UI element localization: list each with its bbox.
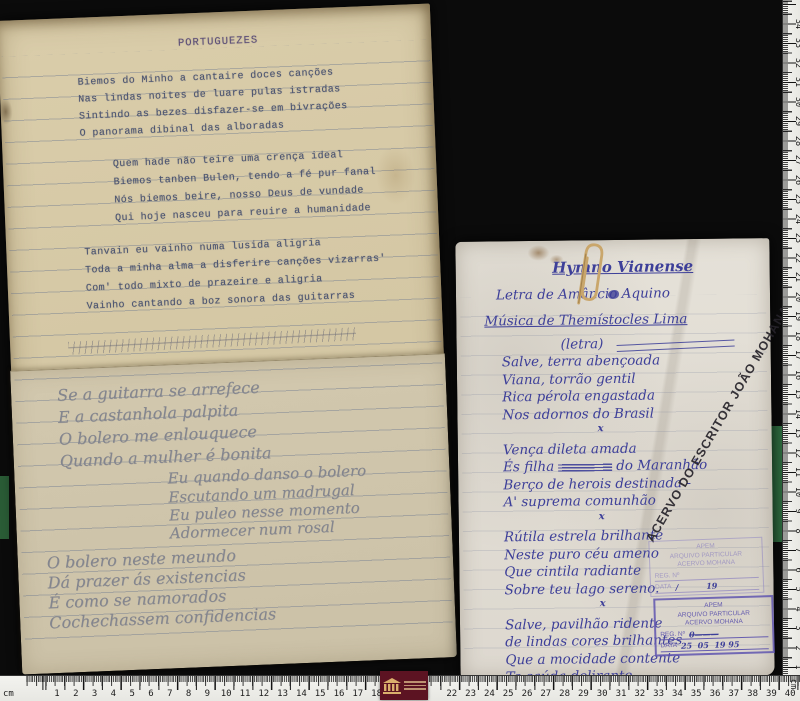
hymn-line: Nos adornos do Brasil bbox=[502, 405, 654, 423]
ruler-number: 8 bbox=[789, 524, 800, 538]
stamp-field: Data/ 19 bbox=[655, 580, 759, 593]
ruler-number: 27 bbox=[536, 689, 556, 699]
ruler-number: 13 bbox=[273, 689, 293, 699]
stamp-field-value: 0——— bbox=[685, 628, 768, 639]
ruler-number: 3 bbox=[85, 689, 105, 699]
hymn-line: És filhado Maranhão bbox=[503, 457, 707, 475]
ruler-number: 4 bbox=[789, 602, 800, 616]
stain bbox=[527, 245, 549, 261]
right-manuscript-page: Hymno Vianense Letra de Amâncio Aquino M… bbox=[455, 238, 774, 679]
building-icon bbox=[382, 677, 402, 695]
apem-stamp-dark: APEMARQUIVO PARTICULARACERVO MOHANAREG. … bbox=[653, 595, 775, 656]
ruler-number: 25 bbox=[789, 192, 800, 206]
ruler-number: 33 bbox=[789, 36, 800, 50]
apem-logo-badge bbox=[380, 671, 428, 700]
ruler-number: 13 bbox=[789, 426, 800, 440]
hymn-line: Viana, torrão gentil bbox=[502, 370, 636, 388]
hymn-line: Neste puro céu ameno bbox=[504, 545, 659, 563]
ruler-number: 2 bbox=[66, 689, 86, 699]
ruler-right: 1234567891011121314151617181920212223242… bbox=[782, 0, 800, 676]
ruler-number: 33 bbox=[649, 689, 669, 699]
ruler-number: 24 bbox=[789, 212, 800, 226]
ruler-number: 32 bbox=[630, 689, 650, 699]
ruler-unit-label: cm bbox=[788, 679, 798, 689]
ruler-number: 31 bbox=[611, 689, 631, 699]
ruler-number: 17 bbox=[348, 689, 368, 699]
ruler-number: 16 bbox=[329, 689, 349, 699]
ruler-number: 34 bbox=[667, 689, 687, 699]
ruler-number: 28 bbox=[789, 134, 800, 148]
stamp-field: DATA25 05 19 95 bbox=[661, 639, 769, 652]
stamp-title-line: ACERVO MOHANA bbox=[660, 617, 768, 629]
ruler-number: 10 bbox=[216, 689, 236, 699]
stamp-field: REG. Nº0——— bbox=[660, 628, 768, 641]
ruler-number: 39 bbox=[761, 689, 781, 699]
hymn-line: Vença dileta amada bbox=[503, 440, 637, 458]
stamp-field-label: REG. Nº bbox=[660, 630, 685, 639]
stamp-field-label: DATA bbox=[661, 642, 678, 651]
ruler-number: 19 bbox=[789, 309, 800, 323]
ruler-unit-label: cm bbox=[3, 689, 14, 699]
ruler-number: 6 bbox=[789, 563, 800, 577]
ruler-number: 4 bbox=[103, 689, 123, 699]
ruler-number: 9 bbox=[789, 504, 800, 518]
ruler-number: 2 bbox=[789, 641, 800, 655]
ruler-number: 26 bbox=[789, 173, 800, 187]
ruler-number: 38 bbox=[743, 689, 763, 699]
ruler-number: 16 bbox=[789, 368, 800, 382]
hymn-line: Salve, pavilhão ridente bbox=[505, 615, 663, 633]
ruler-number: 14 bbox=[291, 689, 311, 699]
ruler-number: 22 bbox=[789, 251, 800, 265]
ruler-number: 11 bbox=[235, 689, 255, 699]
ruler-number: 40 bbox=[780, 689, 800, 699]
hymn-line: Que cintila radiante bbox=[504, 563, 641, 581]
ruler-number: 32 bbox=[789, 56, 800, 70]
ruler-number: 6 bbox=[141, 689, 161, 699]
ruler-number: 12 bbox=[254, 689, 274, 699]
ruler-number: 18 bbox=[789, 329, 800, 343]
ruler-number: 23 bbox=[461, 689, 481, 699]
badge-text-lines bbox=[404, 681, 426, 690]
ruler-number: 20 bbox=[789, 290, 800, 304]
ruler-number: 3 bbox=[789, 621, 800, 635]
ruler-number: 11 bbox=[789, 465, 800, 479]
hymn-composer: Música de Themístocles Lima bbox=[484, 311, 687, 329]
green-mat-left bbox=[0, 476, 9, 539]
stanza-separator: x bbox=[600, 598, 606, 609]
ruler-number: 24 bbox=[479, 689, 499, 699]
hymn-letra-note: (letra) bbox=[561, 336, 604, 353]
typed-stanzas: Biemos do Minho a cantaire doces canções… bbox=[0, 4, 430, 21]
ruler-number: 25 bbox=[498, 689, 518, 699]
ruler-number: 1 bbox=[789, 660, 800, 674]
ruler-number: 36 bbox=[705, 689, 725, 699]
ruler-number: 1 bbox=[47, 689, 67, 699]
ruler-number: 8 bbox=[179, 689, 199, 699]
hymn-line: A' suprema comunhão bbox=[503, 493, 656, 511]
ruler-number: 15 bbox=[310, 689, 330, 699]
left-manuscript-page: PORTUGUEZES Biemos do Minho a cantaire d… bbox=[0, 4, 456, 673]
stamp-field-label: REG. Nº bbox=[655, 571, 680, 580]
stanza-separator: x bbox=[599, 511, 605, 522]
apem-stamp-faint: APEMARQUIVO PARTICULARACERVO MOHANAREG. … bbox=[648, 537, 764, 597]
ruler-number: 9 bbox=[197, 689, 217, 699]
ruler-number: 37 bbox=[724, 689, 744, 699]
archival-scan: PORTUGUEZES Biemos do Minho a cantaire d… bbox=[0, 0, 800, 701]
scribbled-out-word bbox=[558, 463, 612, 472]
ruler-number: 10 bbox=[789, 485, 800, 499]
hymn-line: Rútila estrela brilhante bbox=[504, 527, 663, 545]
ruler-number: 31 bbox=[789, 75, 800, 89]
ruler-number: 29 bbox=[573, 689, 593, 699]
ruler-number: 21 bbox=[789, 270, 800, 284]
ruler-number: 15 bbox=[789, 387, 800, 401]
ruler-number: 30 bbox=[789, 95, 800, 109]
ruler-number: 29 bbox=[789, 114, 800, 128]
ruler-number: 7 bbox=[160, 689, 180, 699]
hymn-title: Hymno Vianense bbox=[548, 257, 698, 277]
ruler-number: 35 bbox=[686, 689, 706, 699]
hymn-line: Rica pérola engastada bbox=[502, 388, 655, 406]
ruler-number: 30 bbox=[592, 689, 612, 699]
hymn-body: Salve, terra abençoadaViana, torrão gent… bbox=[455, 238, 769, 242]
hymn-line: Sobre teu lago sereno. bbox=[504, 580, 659, 598]
stanza-separator: x bbox=[598, 423, 604, 434]
hymn-line: Salve, terra abençoada bbox=[502, 352, 660, 370]
ruler-number: 22 bbox=[442, 689, 462, 699]
ruler-number: 17 bbox=[789, 348, 800, 362]
hymn-line: Berço de herois destinada - bbox=[503, 475, 691, 493]
ruler-number: 23 bbox=[789, 231, 800, 245]
stamp-field-value: 25 05 19 95 bbox=[677, 639, 769, 650]
ruler-number: 7 bbox=[789, 543, 800, 557]
stamp-field-label: Data bbox=[655, 583, 672, 592]
ruler-number: 5 bbox=[789, 582, 800, 596]
ruler-number: 34 bbox=[789, 17, 800, 31]
ruler-number: 28 bbox=[555, 689, 575, 699]
ruler-number: 5 bbox=[122, 689, 142, 699]
ruler-number: 26 bbox=[517, 689, 537, 699]
stamp-field-value: / 19 bbox=[671, 580, 759, 592]
ruler-number: 27 bbox=[789, 153, 800, 167]
ruler-number: 12 bbox=[789, 446, 800, 460]
pencil-stanzas: Se a guitarra se arrefeceE a castanhola … bbox=[0, 4, 430, 21]
ruler-number: 14 bbox=[789, 407, 800, 421]
